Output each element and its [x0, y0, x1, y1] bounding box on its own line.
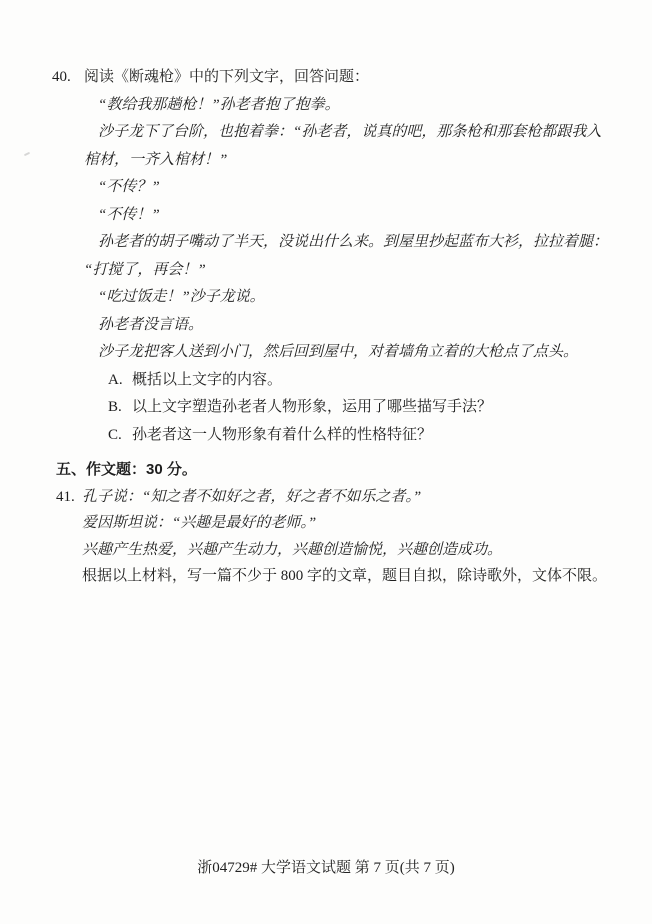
sub-question-a-label: A. [108, 367, 132, 395]
sub-question-c-text: 孙老者这一人物形象有着什么样的性格特征？ [132, 422, 432, 450]
scan-speck-artifact [24, 152, 30, 156]
question-41-heading: 41. 孔子说：“知之者不如好之者，好之者不如乐之者。” [52, 484, 632, 511]
passage-line-5: “不传！” [52, 202, 632, 230]
sub-question-b: B. 以上文字塑造孙老者人物形象，运用了哪些描写手法？ [52, 394, 632, 422]
section-five-heading: 五、作文题：30 分。 [52, 456, 632, 484]
question-41-material-3: 兴趣产生热爱，兴趣产生动力，兴趣创造愉悦，兴趣创造成功。 [52, 537, 632, 564]
question-41-material-2: 爱因斯坦说：“兴趣是最好的老师。” [52, 510, 632, 537]
sub-question-c-label: C. [108, 422, 132, 450]
passage-line-9: 孙老者没言语。 [52, 312, 632, 340]
sub-question-c: C. 孙老者这一人物形象有着什么样的性格特征？ [52, 422, 632, 450]
page-footer-text: 浙04729# 大学语文试题 第 7 页(共 7 页) [197, 860, 455, 876]
passage-line-6: 孙老者的胡子嘴动了半天，没说出什么来。到屋里抄起蓝布大衫，拉拉着腿： [52, 229, 632, 257]
question-40-heading: 40. 阅读《断魂枪》中的下列文字，回答问题： [52, 64, 632, 92]
passage-line-2: 沙子龙下了台阶，也抱着拳：“孙老者，说真的吧，那条枪和那套枪都跟我入 [52, 119, 632, 147]
question-41-instruction: 根据以上材料，写一篇不少于 800 字的文章，题目自拟，除诗歌外，文体不限。 [52, 563, 632, 590]
sub-question-a: A. 概括以上文字的内容。 [52, 367, 632, 395]
passage-line-8: “吃过饭走！”沙子龙说。 [52, 284, 632, 312]
question-40-prompt: 阅读《断魂枪》中的下列文字，回答问题： [84, 64, 369, 92]
question-40-number: 40. [52, 64, 84, 92]
question-41-number: 41. [56, 484, 82, 511]
passage-line-1: “教给我那趟枪！”孙老者抱了抱拳。 [52, 92, 632, 120]
sub-question-a-text: 概括以上文字的内容。 [132, 367, 282, 395]
passage-line-4: “不传？” [52, 174, 632, 202]
passage-line-7: “打搅了，再会！” [52, 257, 632, 285]
document-body: 40. 阅读《断魂枪》中的下列文字，回答问题： “教给我那趟枪！”孙老者抱了抱拳… [52, 64, 632, 590]
exam-page: 40. 阅读《断魂枪》中的下列文字，回答问题： “教给我那趟枪！”孙老者抱了抱拳… [0, 0, 652, 924]
sub-question-b-label: B. [108, 394, 132, 422]
passage-line-3: 棺材，一齐入棺材！” [52, 147, 632, 175]
page-footer: 浙04729# 大学语文试题 第 7 页(共 7 页) [0, 855, 652, 882]
passage-line-10: 沙子龙把客人送到小门，然后回到屋中，对着墙角立着的大枪点了点头。 [52, 339, 632, 367]
question-41-material-1: 孔子说：“知之者不如好之者，好之者不如乐之者。” [82, 484, 421, 511]
sub-question-b-text: 以上文字塑造孙老者人物形象，运用了哪些描写手法？ [132, 394, 492, 422]
